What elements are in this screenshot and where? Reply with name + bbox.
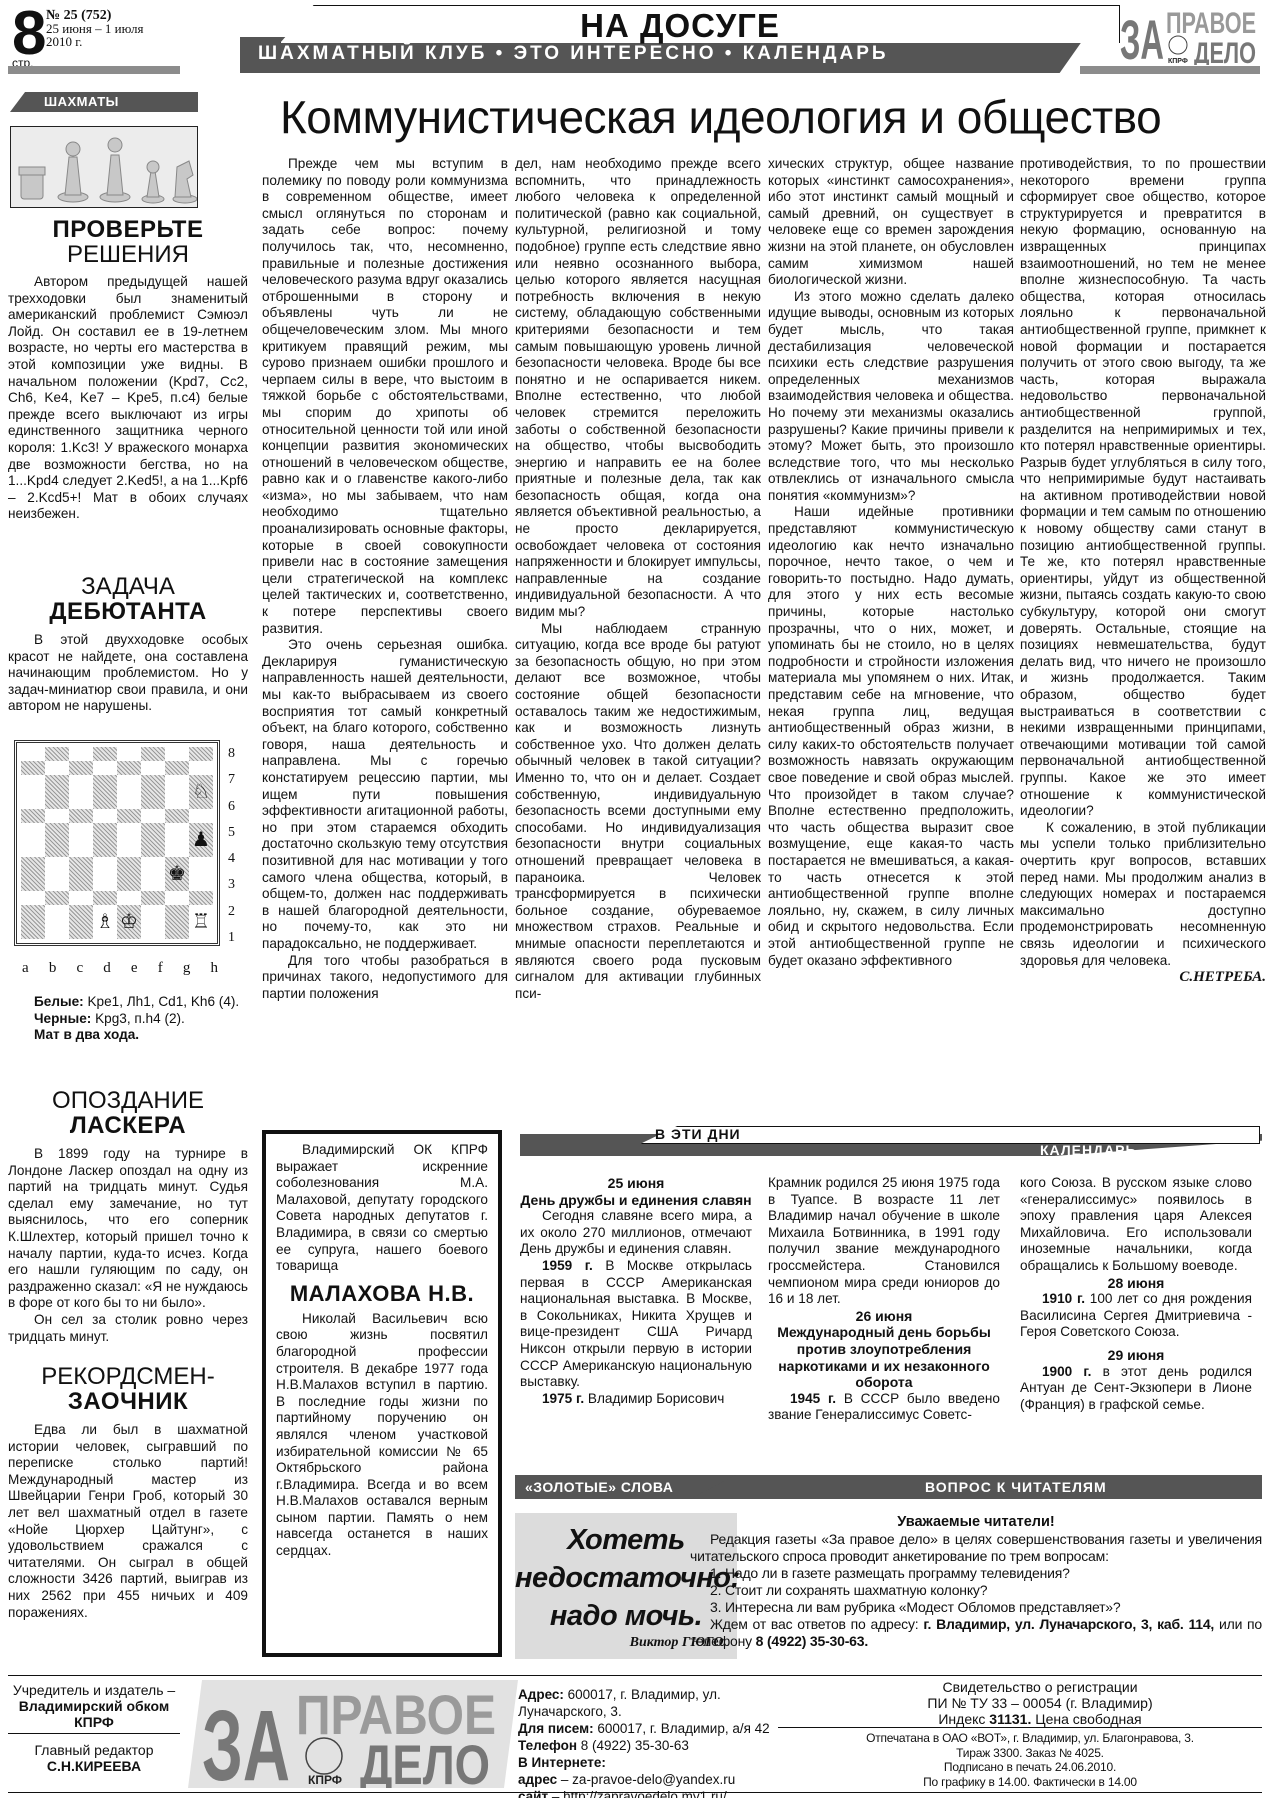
svg-text:ПРАВОЕ: ПРАВОЕ	[1166, 7, 1256, 40]
calendar-text: Крамник родился 25 июня 1975 года в Туап…	[768, 1175, 1000, 1308]
question-header: ВОПРОС К ЧИТАТЕЛЯМ	[690, 1475, 1262, 1499]
section-title-box: НА ДОСУГЕ	[240, 5, 1120, 45]
board-square-f6	[141, 775, 165, 809]
board-square-g1	[165, 905, 189, 939]
board-square-b7	[45, 761, 69, 775]
lasker-text-1: В 1899 году на турнире в Лондоне Ласкер …	[8, 1146, 248, 1312]
chess-piece-icon: ♚	[168, 864, 186, 884]
rank-label: 1	[228, 930, 242, 946]
rank-label: 7	[228, 772, 242, 788]
board-square-h8	[189, 747, 213, 761]
question-item: 3. Интересна ли вам рубрика «Модест Обло…	[690, 1599, 1262, 1616]
calendar-text: кого Союза. В русском языке слово «генер…	[1020, 1175, 1252, 1275]
board-square-f2	[141, 891, 165, 905]
calendar-label-these-days: В ЭТИ ДНИ	[655, 1126, 741, 1142]
board-square-b8	[45, 747, 69, 761]
white-label: Белые:	[34, 994, 84, 1009]
board-square-c4	[69, 823, 93, 857]
article-column-2: дел, нам необходимо прежде всего вспомни…	[515, 156, 761, 1002]
board-square-c1	[69, 905, 93, 939]
article-paragraph: Из этого можно сделать далеко идущие выв…	[768, 289, 1014, 505]
condolence-name: МАЛАХОВА Н.В.	[276, 1281, 488, 1307]
board-square-e2	[117, 891, 141, 905]
lasker-title-thin: ОПОЗДАНИЕ	[8, 1088, 248, 1114]
board-square-g6	[165, 775, 189, 809]
board-square-b6	[45, 775, 69, 809]
debutant-title-bold: ДЕБЮТАНТА	[8, 600, 248, 624]
task-label: Мат в два хода.	[34, 1027, 139, 1042]
calendar-year: 1910 г.	[1042, 1291, 1085, 1306]
board-square-d8	[93, 747, 117, 761]
calendar-year: 1945 г.	[790, 1391, 836, 1406]
file-label: a	[22, 960, 29, 977]
rank-label: 8	[228, 746, 242, 762]
newspaper-logo: ЗА ПРАВОЕ ДЕЛО КПРФ	[1118, 5, 1260, 65]
calendar-year: 1959 г.	[542, 1258, 593, 1273]
calendar-column-2: Крамник родился 25 июня 1975 года в Туап…	[768, 1175, 1000, 1424]
question-phone: 8 (4922) 35-30-63.	[756, 1633, 868, 1649]
board-square-b2	[45, 891, 69, 905]
rank-label: 5	[228, 825, 242, 841]
founder: Владимирский обком КПРФ	[8, 1698, 180, 1730]
article-paragraph: Наши идейные противники представляют ком…	[768, 504, 1014, 969]
question-body: Уважаемые читатели! Редакция газеты «За …	[690, 1514, 1262, 1650]
calendar-text: В Москве открылась первая в СССР Америка…	[520, 1258, 752, 1389]
calendar-year: 1975 г.	[542, 1391, 584, 1406]
chess-rubric-label: ШАХМАТЫ	[44, 94, 119, 109]
board-square-e5	[117, 809, 141, 823]
board-square-g2	[165, 891, 189, 905]
board-square-a6	[21, 775, 45, 809]
calendar-text: Владимир Борисович	[584, 1391, 724, 1406]
check-solutions-title-bold: ПРОВЕРЬТЕ	[8, 218, 248, 242]
board-square-h3	[189, 857, 213, 891]
issue-info: № 25 (752) 25 июня – 1 июля 2010 г.	[46, 8, 143, 48]
founder-label: Учредитель и издатель –	[8, 1682, 180, 1698]
lasker-title-bold: ЛАСКЕРА	[8, 1114, 248, 1138]
article-title: Коммунистическая идеология и общество	[280, 90, 1161, 144]
article-paragraph: Это очень серьезная ошибка. Декларируя г…	[262, 637, 508, 952]
issue-year: 2010 г.	[46, 35, 143, 48]
board-square-h2	[189, 891, 213, 905]
footer-phone: 8 (4922) 35-30-63	[577, 1738, 689, 1753]
record-title-bold: ЗАОЧНИК	[8, 1390, 248, 1414]
board-square-a4	[21, 823, 45, 857]
board-square-a5	[21, 809, 45, 823]
board-square-c2	[69, 891, 93, 905]
calendar-holiday: День дружбы и единения славян	[520, 1192, 752, 1209]
section-subtitle: ШАХМАТНЫЙ КЛУБ • ЭТО ИНТЕРЕСНО • КАЛЕНДА…	[258, 43, 889, 65]
board-square-g8	[165, 747, 189, 761]
question-outro: Ждем от вас ответов по адресу: г. Владим…	[690, 1616, 1262, 1650]
board-square-g3: ♚	[165, 857, 189, 891]
check-solutions-article: ПРОВЕРЬТЕ РЕШЕНИЯ Автором предыдущей наш…	[8, 218, 248, 523]
lasker-text-2: Он сел за столик ровно через тридцать ми…	[8, 1312, 248, 1345]
board-square-d1: ♗	[93, 905, 117, 939]
board-square-h4: ♟	[189, 823, 213, 857]
question-item: 2. Стоит ли сохранять шахматную колонку?	[690, 1582, 1262, 1599]
chess-board: ♘♟♚♗♔♖	[14, 740, 220, 946]
calendar-date: 26 июня	[768, 1308, 1000, 1325]
svg-text:ЗА: ЗА	[1120, 8, 1164, 65]
black-label: Черные:	[34, 1011, 91, 1026]
board-square-f3	[141, 857, 165, 891]
board-square-a7	[21, 761, 45, 775]
header-rule-left	[8, 66, 180, 74]
board-square-f8	[141, 747, 165, 761]
board-square-e7	[117, 761, 141, 775]
svg-text:ЗА: ЗА	[202, 1690, 290, 1788]
calendar-text: Сегодня славяне всего мира, а их около 2…	[520, 1208, 752, 1258]
article-column-4: противодействия, то по прошествии некото…	[1020, 156, 1266, 986]
board-square-d6	[93, 775, 117, 809]
record-title-thin: РЕКОРДСМЕН-	[8, 1364, 248, 1390]
board-square-h5	[189, 809, 213, 823]
article-column-3: хических структур, общее название которы…	[768, 156, 1014, 969]
rank-label: 4	[228, 851, 242, 867]
calendar-year: 1900 г.	[1042, 1364, 1091, 1379]
board-square-f7	[141, 761, 165, 775]
board-square-c8	[69, 747, 93, 761]
board-square-d4	[93, 823, 117, 857]
debutant-text: В этой двухходовке особых красот не найд…	[8, 632, 248, 715]
board-square-c5	[69, 809, 93, 823]
board-square-c3	[69, 857, 93, 891]
board-square-h7	[189, 761, 213, 775]
article-column-1: Прежде чем мы вступим в полемику по пово…	[262, 156, 508, 1002]
board-square-f5	[141, 809, 165, 823]
board-square-h1: ♖	[189, 905, 213, 939]
calendar-column-3: кого Союза. В русском языке слово «генер…	[1020, 1175, 1252, 1413]
question-label: ВОПРОС К ЧИТАТЕЛЯМ	[925, 1479, 1107, 1495]
chess-pieces-image	[10, 126, 198, 208]
board-square-d5	[93, 809, 117, 823]
editor: С.Н.КИРЕЕВА	[8, 1758, 180, 1774]
board-square-b1	[45, 905, 69, 939]
chess-piece-icon: ♘	[192, 782, 210, 802]
calendar-label-calendar: КАЛЕНДАРЬ	[1040, 1142, 1137, 1158]
file-label: b	[49, 960, 57, 977]
record-article: РЕКОРДСМЕН- ЗАОЧНИК Едва ли был в шахмат…	[8, 1364, 248, 1621]
chess-rubric: ШАХМАТЫ	[10, 92, 198, 112]
board-square-g5	[165, 809, 189, 823]
board-square-d2	[93, 891, 117, 905]
svg-text:КПРФ: КПРФ	[1168, 58, 1188, 65]
calendar-date: 28 июня	[1020, 1275, 1252, 1292]
board-square-b5	[45, 809, 69, 823]
board-square-e3	[117, 857, 141, 891]
file-label: e	[131, 960, 138, 977]
article-paragraph: противодействия, то по прошествии некото…	[1020, 156, 1266, 820]
board-square-e1: ♔	[117, 905, 141, 939]
board-square-e8	[117, 747, 141, 761]
chess-piece-icon: ♔	[120, 912, 138, 932]
board-square-g7	[165, 761, 189, 775]
white-pieces: Kpe1, Лh1, Cd1, Kh6 (4).	[84, 994, 240, 1009]
section-title: НА ДОСУГЕ	[240, 7, 1120, 45]
file-label: g	[183, 960, 191, 977]
question-item: 1. Надо ли в газете размещать программу …	[690, 1565, 1262, 1582]
check-solutions-title-thin: РЕШЕНИЯ	[8, 242, 248, 268]
board-square-d3	[93, 857, 117, 891]
calendar-holiday: Международный день борьбы против злоупот…	[768, 1324, 1000, 1390]
article-paragraph: хических структур, общее название которы…	[768, 156, 1014, 289]
black-pieces: Kpg3, п.h4 (2).	[91, 1011, 185, 1026]
rank-labels: 87654321	[228, 746, 242, 946]
board-square-c6	[69, 775, 93, 809]
record-text: Едва ли был в шахматной истории человек,…	[8, 1422, 248, 1621]
lasker-article: ОПОЗДАНИЕ ЛАСКЕРА В 1899 году на турнире…	[8, 1088, 248, 1345]
board-square-b4	[45, 823, 69, 857]
board-square-e6	[117, 775, 141, 809]
footer-publisher: Учредитель и издатель – Владимирский обк…	[8, 1676, 180, 1794]
check-solutions-text: Автором предыдущей нашей трехходовки был…	[8, 274, 248, 523]
article-paragraph: Для того чтобы разобраться в причинах та…	[262, 953, 508, 1003]
condolence-bio: Николай Васильевич всю свою жизнь посвят…	[276, 1311, 488, 1560]
svg-text:КПРФ: КПРФ	[308, 1773, 342, 1787]
condolence-box: Владимирский ОК КПРФ выражает искренние …	[262, 1130, 502, 1657]
board-square-b3	[45, 857, 69, 891]
debutant-title-thin: ЗАДАЧА	[8, 574, 248, 600]
footer-index: 31131.	[989, 1711, 1031, 1727]
board-square-e4	[117, 823, 141, 857]
footer-site-link[interactable]: – http://zapravoedelo.my1.ru/	[548, 1789, 727, 1798]
chess-piece-icon: ♖	[192, 912, 210, 932]
file-labels: abcdefgh	[22, 960, 218, 977]
footer-email-link[interactable]: – za-pravoe-delo@yandex.ru	[557, 1772, 735, 1787]
footer-logo: ЗА ПРАВОЕ ДЕЛО КПРФ	[188, 1680, 518, 1788]
article-paragraph: дел, нам необходимо прежде всего вспомни…	[515, 156, 761, 621]
calendar-date: 25 июня	[520, 1175, 752, 1192]
file-label: d	[103, 960, 111, 977]
footer-letters: 600017, г. Владимир, а/я 42	[594, 1721, 770, 1736]
debutant-position: Белые: Kpe1, Лh1, Cd1, Kh6 (4). Черные: …	[8, 994, 248, 1044]
svg-text:ДЕЛО: ДЕЛО	[360, 1733, 490, 1788]
board-square-c7	[69, 761, 93, 775]
board-square-a8	[21, 747, 45, 761]
question-greeting: Уважаемые читатели!	[690, 1514, 1262, 1531]
condolence-intro: Владимирский ОК КПРФ выражает искренние …	[276, 1142, 488, 1275]
question-address: г. Владимир, ул. Луначарского, 3, каб. 1…	[923, 1616, 1214, 1632]
file-label: c	[76, 960, 83, 977]
chess-piece-icon: ♟	[192, 830, 210, 850]
file-label: f	[158, 960, 163, 977]
header-rule-right	[1080, 66, 1260, 74]
golden-words-label: «ЗОЛОТЫЕ» СЛОВА	[525, 1479, 673, 1495]
article-paragraph: Прежде чем мы вступим в полемику по пово…	[262, 156, 508, 637]
calendar-header: В ЭТИ ДНИ КАЛЕНДАРЬ	[520, 1126, 1262, 1158]
article-paragraph: К сожалению, в этой публикации мы успели…	[1020, 820, 1266, 969]
board-square-f4	[141, 823, 165, 857]
chess-board-grid: ♘♟♚♗♔♖	[21, 747, 213, 939]
calendar-column-1: 25 июня День дружбы и единения славян Се…	[520, 1175, 752, 1407]
rank-label: 6	[228, 799, 242, 815]
question-intro: Редакция газеты «За правое дело» в целях…	[690, 1531, 1262, 1565]
chess-piece-icon: ♗	[96, 912, 114, 932]
page-number: 8	[12, 4, 46, 64]
rank-label: 2	[228, 904, 242, 920]
board-square-a1	[21, 905, 45, 939]
board-square-h6: ♘	[189, 775, 213, 809]
footer: Учредитель и издатель – Владимирский обк…	[8, 1675, 1262, 1793]
file-label: h	[211, 960, 219, 977]
board-square-f1	[141, 905, 165, 939]
svg-text:ДЕЛО: ДЕЛО	[1194, 37, 1256, 65]
editor-label: Главный редактор	[8, 1742, 180, 1758]
calendar-date: 29 июня	[1020, 1347, 1252, 1364]
rank-label: 3	[228, 877, 242, 893]
board-square-a2	[21, 891, 45, 905]
footer-contacts: Адрес: 600017, г. Владимир, ул. Луначарс…	[518, 1686, 778, 1798]
board-square-a3	[21, 857, 45, 891]
chess-diagram: ♘♟♚♗♔♖ 87654321 abcdefgh	[14, 740, 239, 990]
debutant-article: ЗАДАЧА ДЕБЮТАНТА В этой двухходовке особ…	[8, 574, 248, 715]
article-paragraph: Мы наблюдаем странную ситуацию, когда вс…	[515, 621, 761, 1003]
article-author: С.НЕТРЕБА.	[1020, 969, 1266, 986]
footer-registration: Свидетельство о регистрации ПИ № ТУ 33 –…	[778, 1676, 1262, 1794]
board-square-d7	[93, 761, 117, 775]
board-square-g4	[165, 823, 189, 857]
